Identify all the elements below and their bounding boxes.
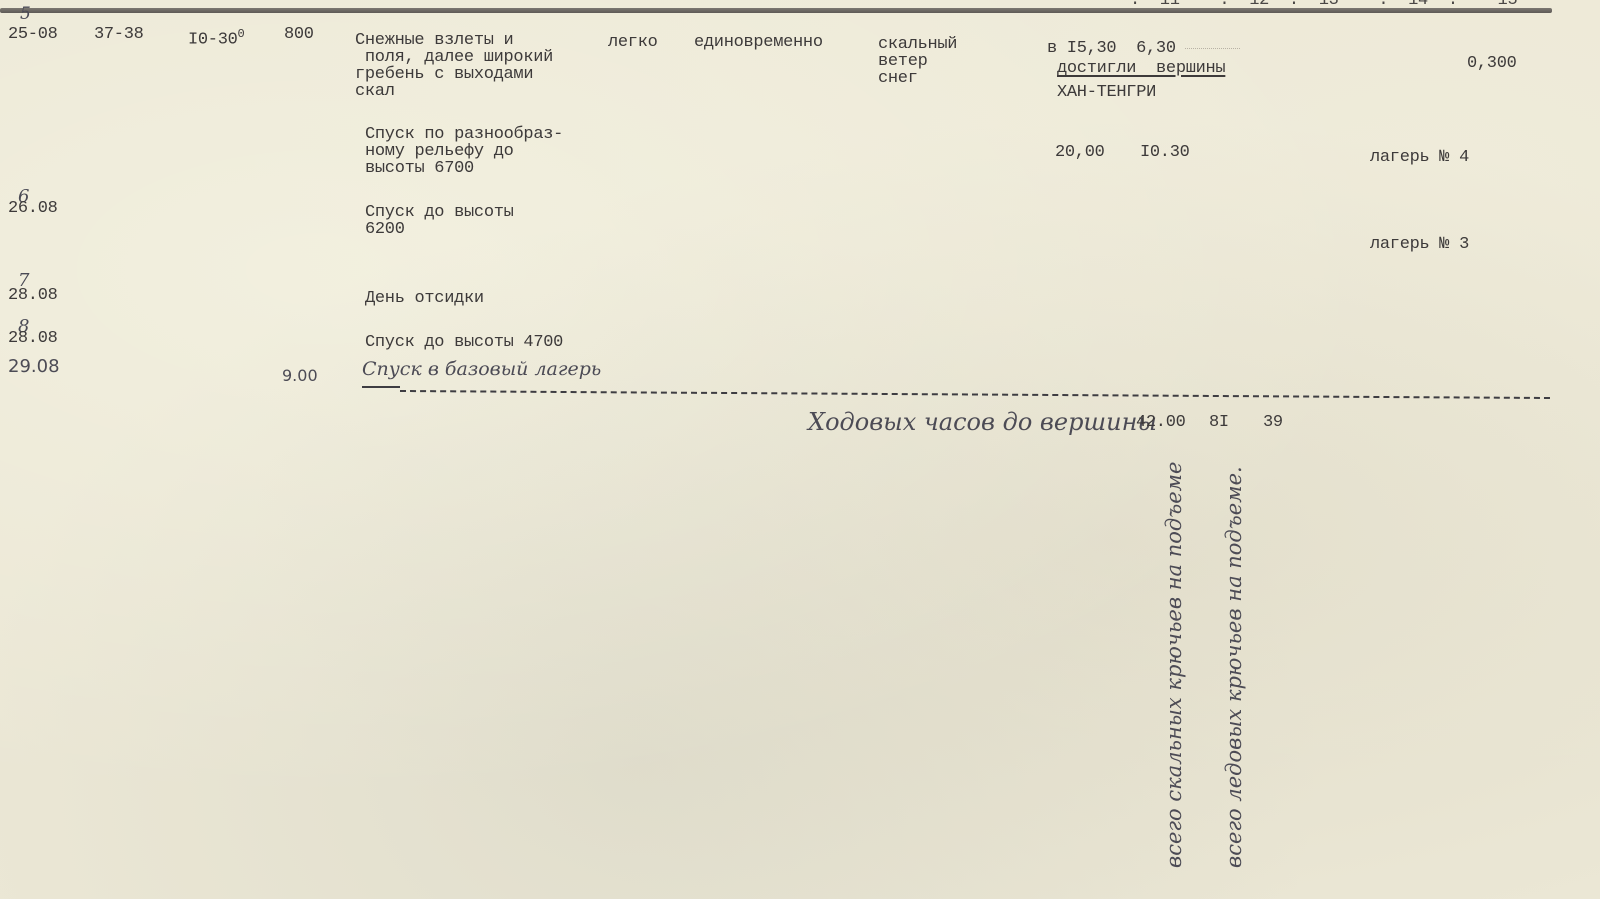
row-date: 28.08 — [8, 330, 58, 347]
row-date: 25-08 — [8, 26, 58, 43]
date-correction: 5 — [20, 4, 31, 24]
row-camp: лагерь № 3 — [1370, 236, 1469, 253]
row-time: 9.00 — [282, 366, 318, 385]
row-description: Спуск до высоты 4700 — [365, 334, 563, 351]
row-hours: 37-38 — [94, 26, 144, 43]
row-time-duration: I0.30 — [1140, 144, 1190, 161]
row-difficulty: легко — [608, 34, 658, 51]
row-description-handwritten: Спуск в базовый лагерь — [362, 358, 601, 380]
row-description: Снежные взлеты и поля, далее широкий гре… — [355, 32, 553, 100]
row-elevation: 800 — [284, 26, 314, 43]
column-numbers-header: : 11 : 12 : 13 : 14 : 15 : 16 — [1130, 0, 1600, 9]
row-date: 29.08 — [8, 356, 60, 377]
underline-mark — [362, 386, 400, 388]
row-movement: единовременно — [694, 34, 823, 51]
summary-rock-pitons: 8I — [1209, 414, 1229, 431]
row-date: 26.08 — [8, 200, 58, 217]
row-time-start: 20,00 — [1055, 144, 1105, 161]
total-separator-dashed-line — [400, 390, 1550, 399]
row-description: День отсидки — [365, 290, 484, 307]
summit-name: ХАН-ТЕНГРИ — [1057, 84, 1156, 101]
row-description: Спуск по разнообраз- ному рельефу до выс… — [365, 126, 563, 177]
summary-ice-pitons: 39 — [1263, 414, 1283, 431]
dash-mark — [1185, 48, 1240, 49]
summit-reached-text: достигли вершины — [1057, 60, 1225, 77]
row-value: 0,300 — [1467, 55, 1517, 72]
row-description: Спуск до высоты 6200 — [365, 204, 514, 238]
row-time-line: в I5,30 6,30 — [1047, 40, 1176, 57]
summary-label: Ходовых часов до вершины — [808, 408, 1157, 436]
summary-hours-total: 42.00 — [1136, 414, 1186, 431]
row-terrain: скальный ветер снег — [878, 36, 957, 87]
row-slope: I0-300 — [188, 26, 244, 49]
row-date: 28.08 — [8, 287, 58, 304]
ice-pitons-note-vertical: всего ледовых крючьев на подъеме. — [1222, 466, 1246, 868]
rock-pitons-note-vertical: всего скальных крючьев на подъеме — [1162, 462, 1186, 869]
row-camp: лагерь № 4 — [1370, 149, 1469, 166]
